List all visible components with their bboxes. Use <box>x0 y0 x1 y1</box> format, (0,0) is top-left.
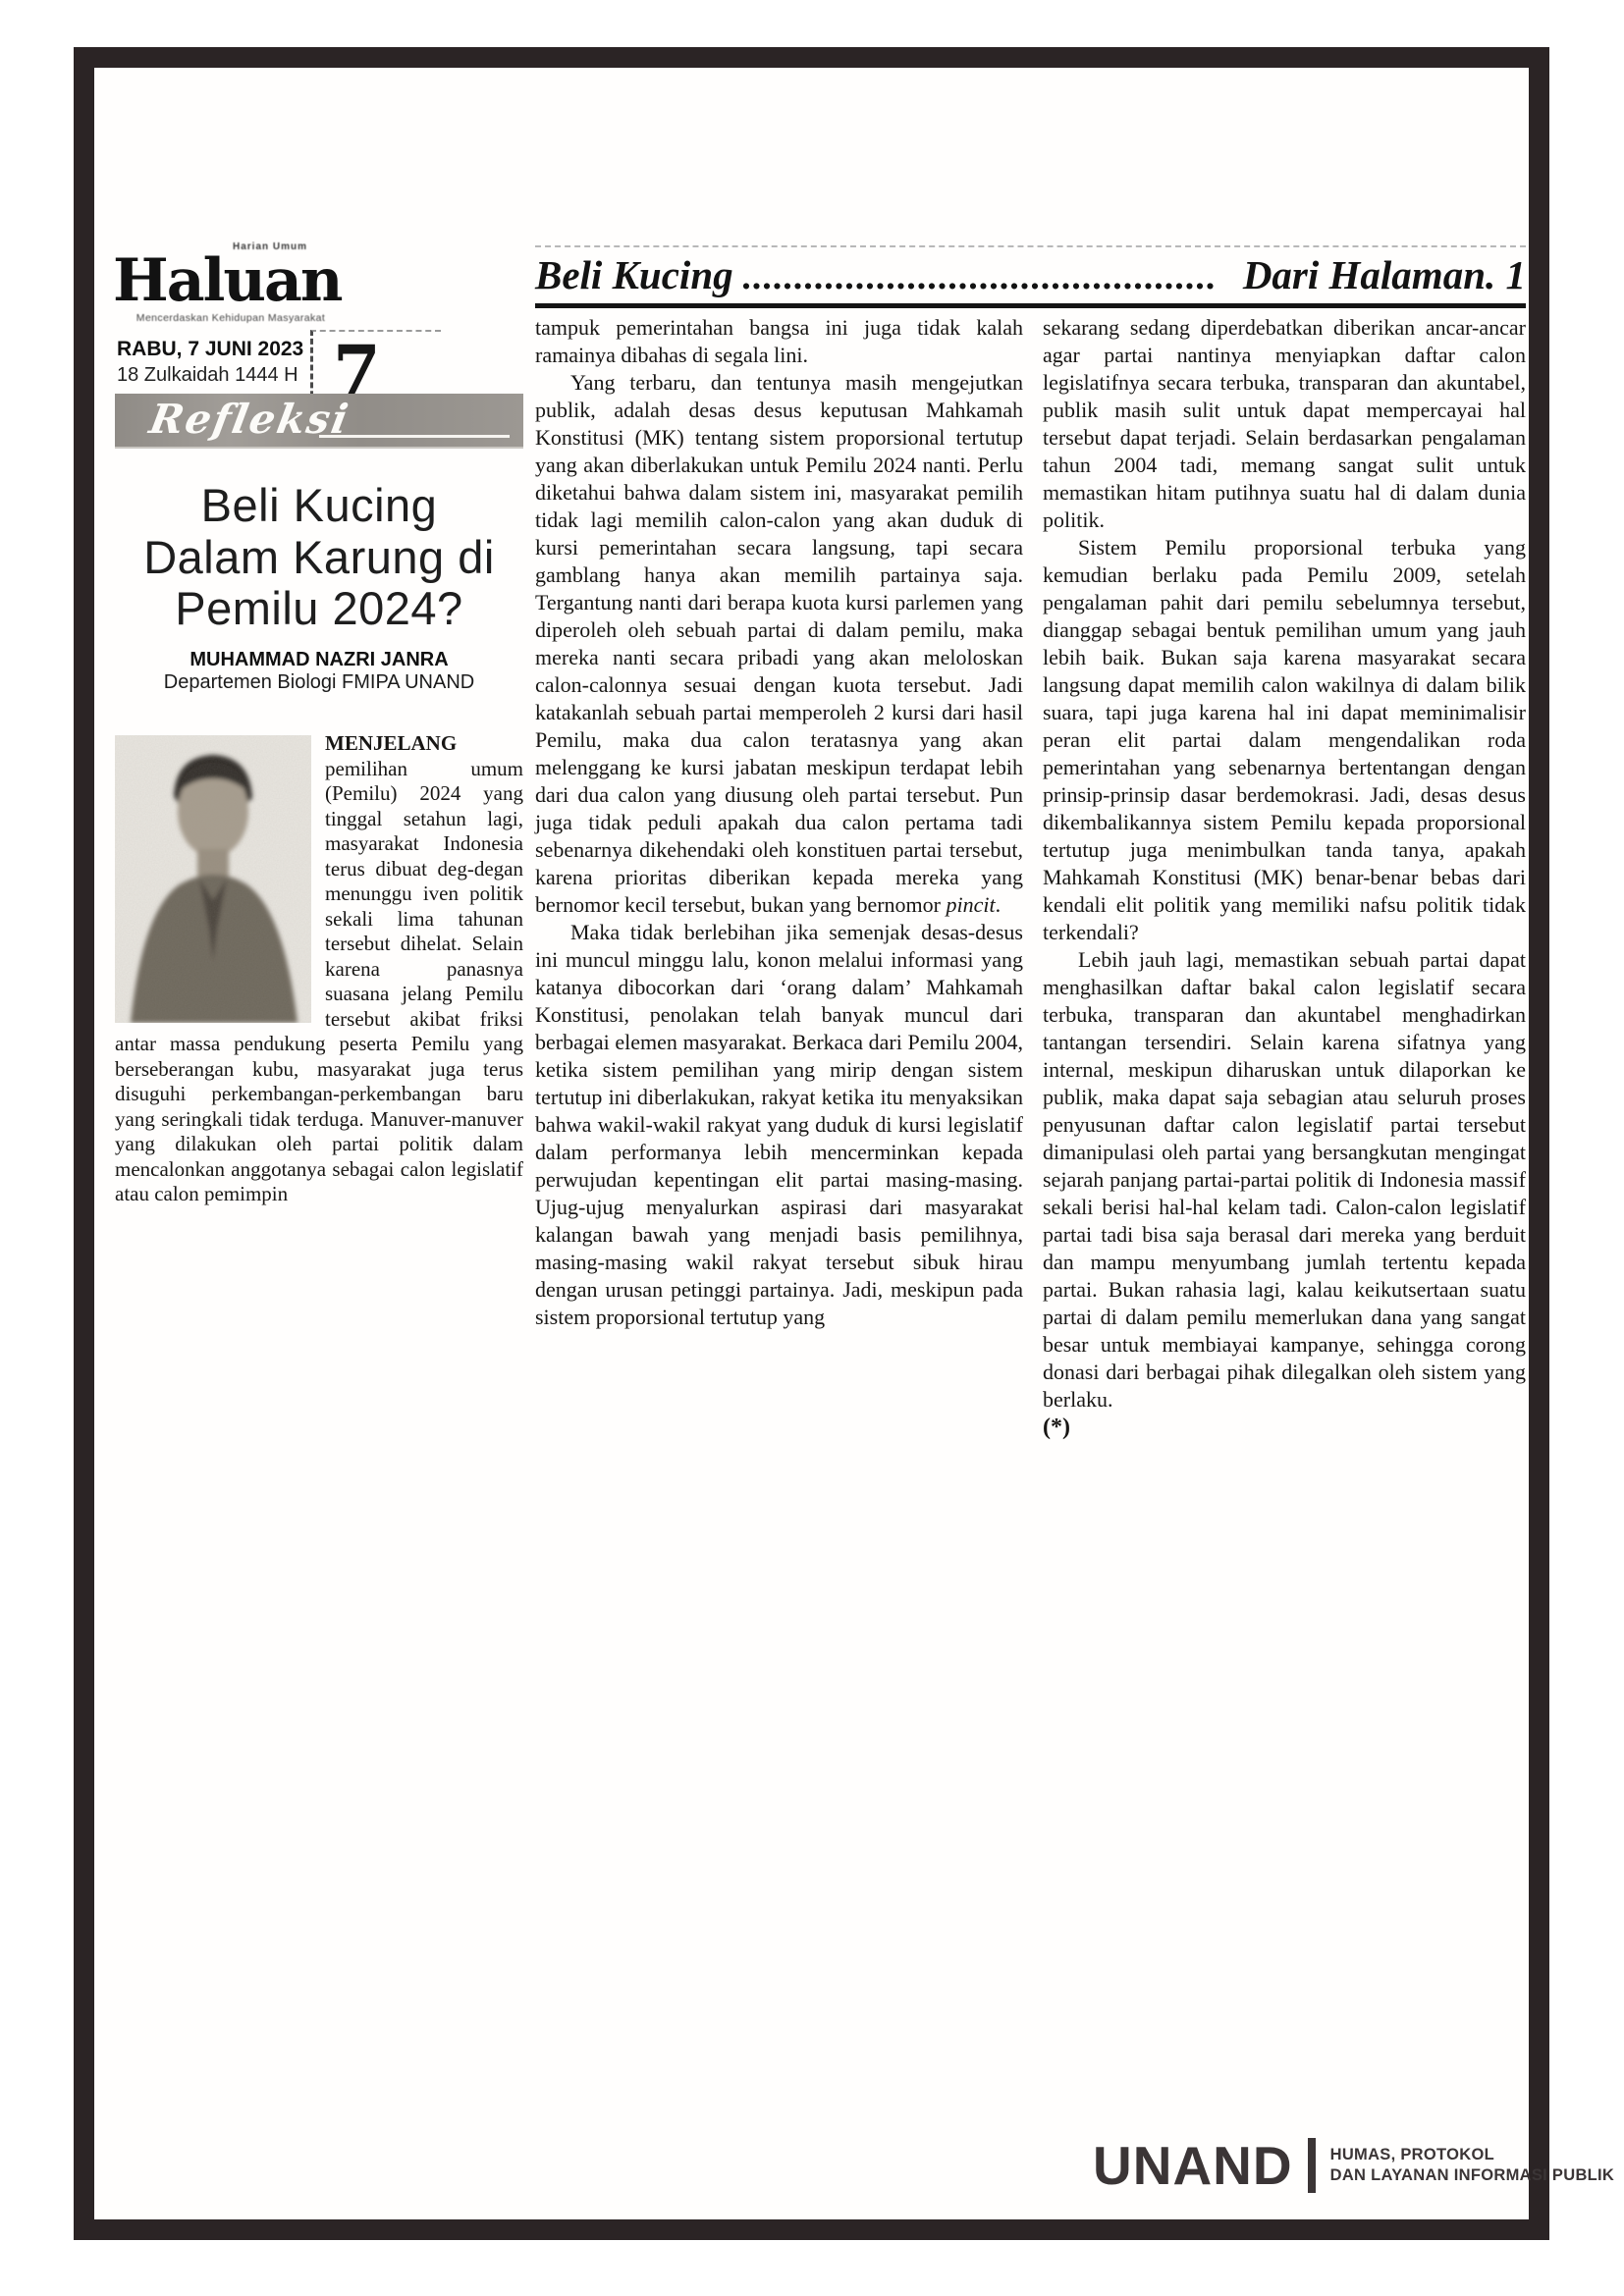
headline-line-2: Dalam Karung di <box>115 532 523 584</box>
lead-word: MENJELANG <box>325 731 457 755</box>
paragraph-text: Yang terbaru, dan tentunya masih mengeju… <box>535 370 1023 917</box>
continuation-row: Beli Kucing ............................… <box>535 251 1526 298</box>
masthead-logo: Haluan <box>113 250 353 312</box>
footer-unit: HUMAS, PROTOKOL DAN LAYANAN INFORMASI PU… <box>1330 2145 1615 2187</box>
body-paragraph: Yang terbaru, dan tentunya masih mengeju… <box>535 369 1023 919</box>
body-paragraph: tampuk pemerintahan bangsa ini juga tida… <box>535 314 1023 369</box>
continuation-from-page: Dari Halaman. 1 <box>1239 251 1526 298</box>
footer-unit-line-2: DAN LAYANAN INFORMASI PUBLIK <box>1330 2165 1615 2186</box>
paragraph-text: . <box>996 892 1001 917</box>
article-sign-off: (*) <box>1043 1414 1526 1441</box>
footer-brand: UNAND <box>1093 2139 1293 2193</box>
column-right: sekarang sedang diperdebatkan diberikan … <box>1043 314 1526 1441</box>
publication-date: RABU, 7 JUNI 2023 <box>117 338 303 361</box>
footer-unit-line-1: HUMAS, PROTOKOL <box>1330 2145 1615 2165</box>
dateline: RABU, 7 JUNI 2023 18 Zulkaidah 1444 H <box>117 338 303 387</box>
hijri-date: 18 Zulkaidah 1444 H <box>117 364 303 387</box>
headline-line-3: Pemilu 2024? <box>115 583 523 635</box>
masthead: Harian Umum Haluan Mencerdaskan Kehidupa… <box>113 239 353 324</box>
byline-affiliation: Departemen Biologi FMIPA UNAND <box>115 671 523 694</box>
body-paragraph: Maka tidak berlebihan jika semenjak desa… <box>535 919 1023 1331</box>
author-photo <box>115 735 311 1023</box>
footer-divider <box>1308 2138 1316 2193</box>
continuation-dots: ........................................… <box>743 255 1239 298</box>
headline-line-1: Beli Kucing <box>115 480 523 532</box>
body-paragraph: Sistem Pemilu proporsional terbuka yang … <box>1043 534 1526 946</box>
footer-brand-block: UNAND HUMAS, PROTOKOL DAN LAYANAN INFORM… <box>1093 2138 1614 2193</box>
rubric-banner: Refleksi <box>115 394 523 447</box>
column-left: MENJELANG pemilihan umum (Pemilu) 2024 y… <box>115 731 523 1207</box>
masthead-tagline: Mencerdaskan Kehidupan Masyarakat <box>113 312 349 324</box>
continuation-title: Beli Kucing <box>535 251 743 298</box>
portrait-image <box>115 735 311 1023</box>
italic-term: pincit <box>946 892 995 917</box>
byline-author: MUHAMMAD NAZRI JANRA <box>115 649 523 671</box>
continuation-header: Beli Kucing ............................… <box>535 245 1526 308</box>
body-paragraph: Lebih jauh lagi, memastikan sebuah parta… <box>1043 946 1526 1414</box>
byline: MUHAMMAD NAZRI JANRA Departemen Biologi … <box>115 649 523 694</box>
masthead-kicker: Harian Umum <box>233 241 307 252</box>
body-paragraph: sekarang sedang diperdebatkan diberikan … <box>1043 314 1526 534</box>
article-headline: Beli Kucing Dalam Karung di Pemilu 2024? <box>115 480 523 635</box>
column-middle: tampuk pemerintahan bangsa ini juga tida… <box>535 314 1023 1331</box>
continuation-rule <box>535 303 1526 308</box>
rubric-underline <box>319 435 510 438</box>
